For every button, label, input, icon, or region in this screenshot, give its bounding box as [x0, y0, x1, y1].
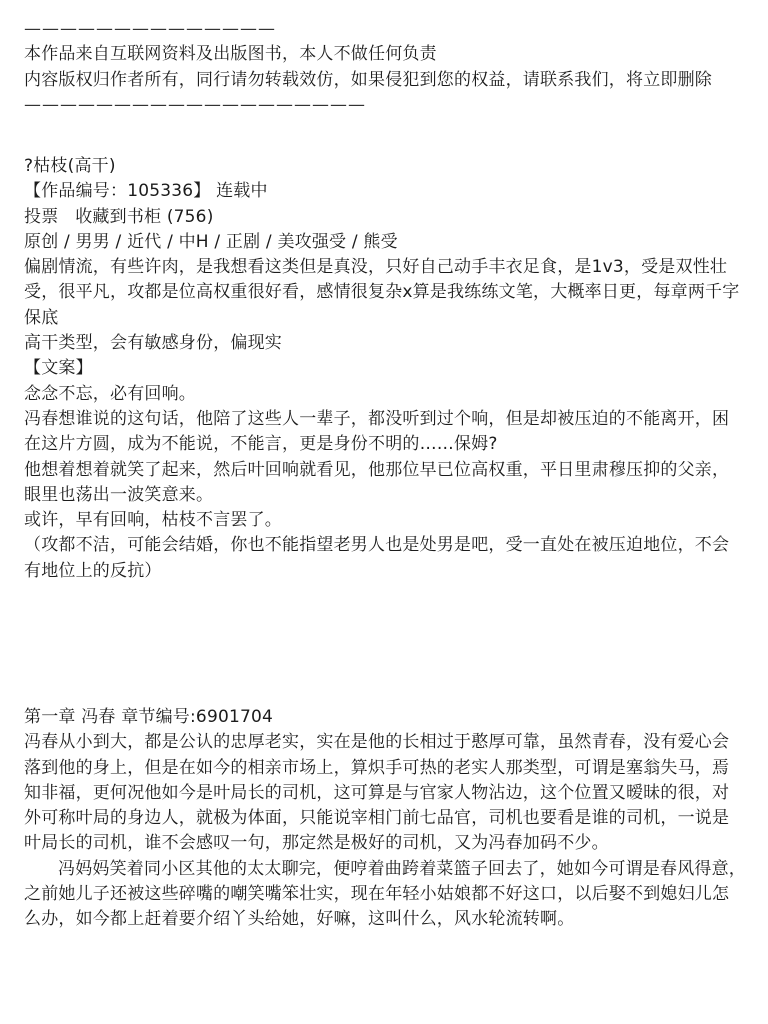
disclaimer-line-2: 内容版权归作者所有，同行请勿转载效仿，如果侵犯到您的权益，请联系我们，将立即删除	[24, 68, 746, 93]
divider-top: ——————————————	[24, 17, 746, 42]
chapter-paragraph-1: 冯春从小到大，都是公认的忠厚老实，实在是他的长相过于憨厚可靠，虽然青春，没有爱心…	[24, 730, 746, 856]
book-actions: 投票 收藏到书柜 (756)	[24, 205, 746, 230]
book-title: ?枯枝(高干)	[24, 154, 746, 179]
synopsis-line-3: 他想着想着就笑了起来，然后叶回响就看见，他那位早已位高权重，平日里肃穆压抑的父亲…	[24, 458, 746, 509]
synopsis-line-1: 念念不忘，必有回响。	[24, 382, 746, 407]
chapter-section: 第一章 冯春 章节编号:6901704 冯春从小到大，都是公认的忠厚老实，实在是…	[24, 705, 746, 933]
divider-bottom: ———————————————————	[24, 93, 746, 118]
disclaimer-section: —————————————— 本作品来自互联网资料及出版图书，本人不做任何负责 …	[24, 17, 746, 118]
add-to-bookshelf-link[interactable]: 收藏到书柜 (756)	[75, 207, 213, 227]
work-id-status: 【作品编号：105336】 连载中	[24, 179, 746, 204]
reader-page: —————————————— 本作品来自互联网资料及出版图书，本人不做任何负责 …	[0, 0, 768, 1024]
vote-link[interactable]: 投票	[24, 207, 58, 227]
synopsis-note: （攻都不洁，可能会结婚，你也不能指望老男人也是处男是吧，受一直处在被压迫地位，不…	[24, 533, 746, 584]
chapter-heading: 第一章 冯春 章节编号:6901704	[24, 705, 746, 730]
disclaimer-line-1: 本作品来自互联网资料及出版图书，本人不做任何负责	[24, 42, 746, 67]
book-intro-2: 高干类型，会有敏感身份，偏现实	[24, 331, 746, 356]
book-info-section: ?枯枝(高干) 【作品编号：105336】 连载中 投票 收藏到书柜 (756)…	[24, 154, 746, 584]
synopsis-line-4: 或许，早有回响，枯枝不言罢了。	[24, 508, 746, 533]
book-intro-1: 偏剧情流，有些许肉，是我想看这类但是真没，只好自己动手丰衣足食，是1v3，受是双…	[24, 255, 746, 331]
synopsis-line-2: 冯春想谁说的这句话，他陪了这些人一辈子，都没听到过个响，但是却被压迫的不能离开，…	[24, 407, 746, 458]
synopsis-heading: 【文案】	[24, 356, 746, 381]
book-tags: 原创 / 男男 / 近代 / 中H / 正剧 / 美攻强受 / 熊受	[24, 230, 746, 255]
chapter-paragraph-2: 冯妈妈笑着同小区其他的太太聊完，便哼着曲跨着菜篮子回去了，她如今可谓是春风得意，…	[24, 857, 746, 933]
